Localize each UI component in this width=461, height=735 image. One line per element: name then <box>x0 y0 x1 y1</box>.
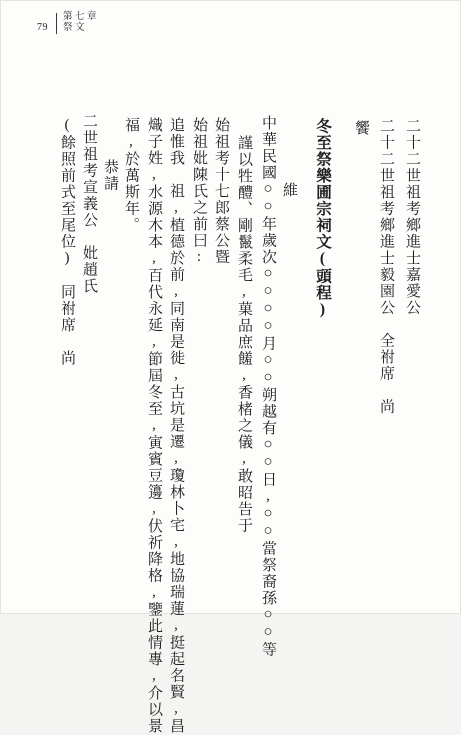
closing-note-line: (餘照前式至尾位) 同祔席 尚 <box>58 117 76 367</box>
date-line: 中華民國○○年歲次○○○○月○○朔越有○○日,○○當祭裔孫○○等 <box>259 115 277 614</box>
ancestor-22nd-jiaai-line: 二十二世祖考鄉進士嘉愛公 <box>403 118 421 316</box>
first-ancestor-line: 始祖考十七郎蔡公暨 <box>212 117 230 266</box>
chapter-block: 第七章 祭文 <box>63 12 99 34</box>
offerings-line: 謹以牲醴、剛鬣柔毛,菓品庶饈,香楮之儀,敢昭告于 <box>235 135 253 534</box>
running-header: 79 第七章 祭文 <box>37 12 99 34</box>
header-divider-rule <box>56 13 57 34</box>
chapter-title: 第七章 <box>63 12 99 23</box>
eulogy-line-3: 福,於萬斯年。 <box>122 117 140 234</box>
eulogy-line-1: 追惟我 祖,植德於前,同南是徙,古坑是遷,瓊林卜宅,地協瑞蓮,挺起名賢,昌 <box>167 117 185 614</box>
document-title: 冬至祭樂圃宗祠文(頭程) <box>313 118 331 319</box>
first-ancestress-line: 始祖妣陳氏之前曰: <box>190 117 208 267</box>
ancestor-22nd-yiyuan-line: 二十二世祖考鄉進士毅園公 全祔席 尚 <box>377 118 395 415</box>
page-number: 79 <box>37 22 48 33</box>
xiang-offering-line: 饗 <box>352 120 370 137</box>
book-page: 79 第七章 祭文 二十二世祖考鄉進士嘉愛公 二十二世祖考鄉進士毅園公 全祔席 … <box>0 0 461 614</box>
eulogy-line-2: 熾子姓,水源木本,百代永延,節屆冬至,寅賓豆籩,伏祈降格,鑒此情專,介以景 <box>145 117 163 614</box>
section-title: 祭文 <box>63 23 99 34</box>
second-ancestor-line: 二世祖考宣義公 妣趙氏 <box>80 113 98 295</box>
respectful-invitation-line: 恭請 <box>101 159 119 192</box>
wei-opening-line: 維 <box>280 182 298 199</box>
